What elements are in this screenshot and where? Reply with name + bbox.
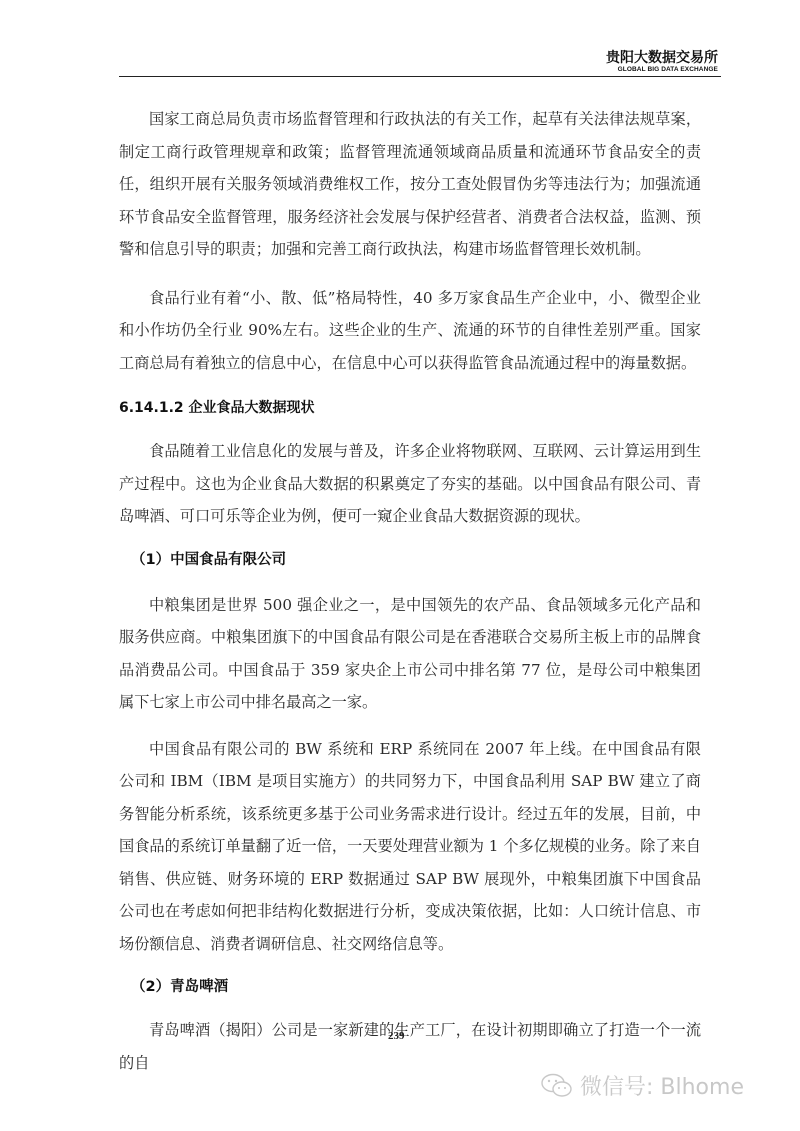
paragraph-2: 食品行业有着“小、散、低”格局特性，40 多万家食品生产企业中，小、微型企业和小… — [119, 282, 701, 380]
paragraph-1: 国家工商总局负责市场监督管理和行政执法的有关工作，起草有关法律法规草案，制定工商… — [119, 103, 701, 266]
header-logo: 贵阳大数据交易所 GLOBAL BIG DATA EXCHANGE — [606, 50, 718, 74]
logo-chinese-name: 贵阳大数据交易所 — [606, 50, 718, 66]
wechat-icon — [540, 1072, 574, 1100]
header-divider — [119, 76, 721, 77]
paragraph-5: 中国食品有限公司的 BW 系统和 ERP 系统同在 2007 年上线。在中国食品… — [119, 733, 701, 961]
page-number: 239 — [388, 1030, 405, 1042]
subheading-tsingtao: （2）青岛啤酒 — [119, 972, 701, 1002]
logo-english-name: GLOBAL BIG DATA EXCHANGE — [606, 66, 718, 74]
paragraph-4: 中粮集团是世界 500 强企业之一，是中国领先的农产品、食品领域多元化产品和服务… — [119, 589, 701, 719]
wechat-watermark: 微信号: Blhome — [540, 1070, 744, 1101]
subheading-china-foods: （1）中国食品有限公司 — [119, 545, 701, 575]
document-body: 国家工商总局负责市场监督管理和行政执法的有关工作，起草有关法律法规草案，制定工商… — [119, 103, 701, 1079]
watermark-text: 微信号: Blhome — [580, 1070, 744, 1101]
section-heading: 6.14.1.2 企业食品大数据现状 — [119, 393, 701, 423]
paragraph-3: 食品随着工业信息化的发展与普及，许多企业将物联网、互联网、云计算运用到生产过程中… — [119, 435, 701, 533]
